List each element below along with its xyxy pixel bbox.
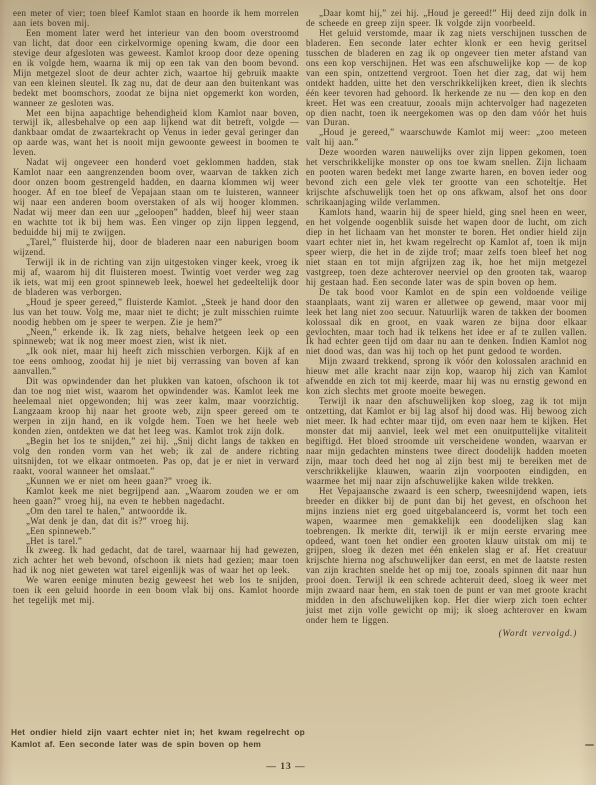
- paragraph: „Daar komt hij,” zei hij. „Houd je geree…: [306, 9, 587, 29]
- paragraph: „Neen,” erkende ik. Ik zag niets, behalv…: [13, 328, 299, 348]
- paragraph: Terwijl ik in de richting van zijn uitge…: [13, 258, 299, 298]
- paragraph: Nadat wij ongeveer een honderd voet gekl…: [13, 158, 299, 238]
- paragraph: Een moment later werd het interieur van …: [13, 29, 299, 109]
- paragraph: Ik zweeg. Ik had gedacht, dat de tarel, …: [13, 546, 299, 576]
- paragraph: „Ik ook niet, maar hij heeft zich missch…: [13, 347, 299, 377]
- paragraph: „Houd je gereed,” waarschuwde Kamlot mij…: [306, 128, 587, 148]
- paragraph: Het geluid verstomde, maar ik zag niets …: [306, 29, 587, 129]
- caption-footnote: Het ondier hield zijn vaart echter niet …: [11, 727, 305, 750]
- scan-edge-artifact: [585, 744, 594, 746]
- paragraph: „Begin het los te snijden,” zei hij. „Sn…: [13, 437, 299, 477]
- paragraph: „Houd je speer gereed,” fluisterde Kamlo…: [13, 298, 299, 328]
- paragraph: Mijn zwaard trekkend, sprong ik vóór den…: [306, 357, 587, 397]
- paragraph: Kamlots hand, waarin hij de speer hield,…: [306, 208, 587, 288]
- scanned-book-page: een meter of vier; toen bleef Kamlot sta…: [0, 0, 596, 785]
- paragraph: Dit was opwindender dan het plukken van …: [13, 377, 299, 437]
- paragraph: een meter of vier; toen bleef Kamlot sta…: [13, 9, 299, 29]
- paragraph: Met een bijna aapachtige behendigheid kl…: [13, 109, 299, 159]
- paragraph: We waren eenige minuten bezig geweest he…: [13, 576, 299, 606]
- text-column-left: een meter of vier; toen bleef Kamlot sta…: [13, 9, 299, 606]
- paragraph: De tak bood voor Kamlot en de spin een v…: [306, 288, 587, 358]
- page-number: — 13 —: [0, 762, 572, 772]
- paragraph: „Tarel,” fluisterde hij, door de bladere…: [13, 238, 299, 258]
- paragraph: Deze woorden waren nauwelijks over zijn …: [306, 148, 587, 208]
- paragraph: Terwijl ik naar den afschuwelijken kop s…: [306, 397, 587, 487]
- to-be-continued-note: (Wordt vervolgd.): [306, 629, 587, 639]
- paragraph: Kamlot keek me niet begrijpend aan. „Waa…: [13, 487, 299, 507]
- text-column-right: „Daar komt hij,” zei hij. „Houd je geree…: [306, 9, 587, 639]
- paragraph: Het Vepajaansche zwaard is een scherp, t…: [306, 487, 587, 626]
- right-column-paragraphs: „Daar komt hij,” zei hij. „Houd je geree…: [306, 9, 587, 626]
